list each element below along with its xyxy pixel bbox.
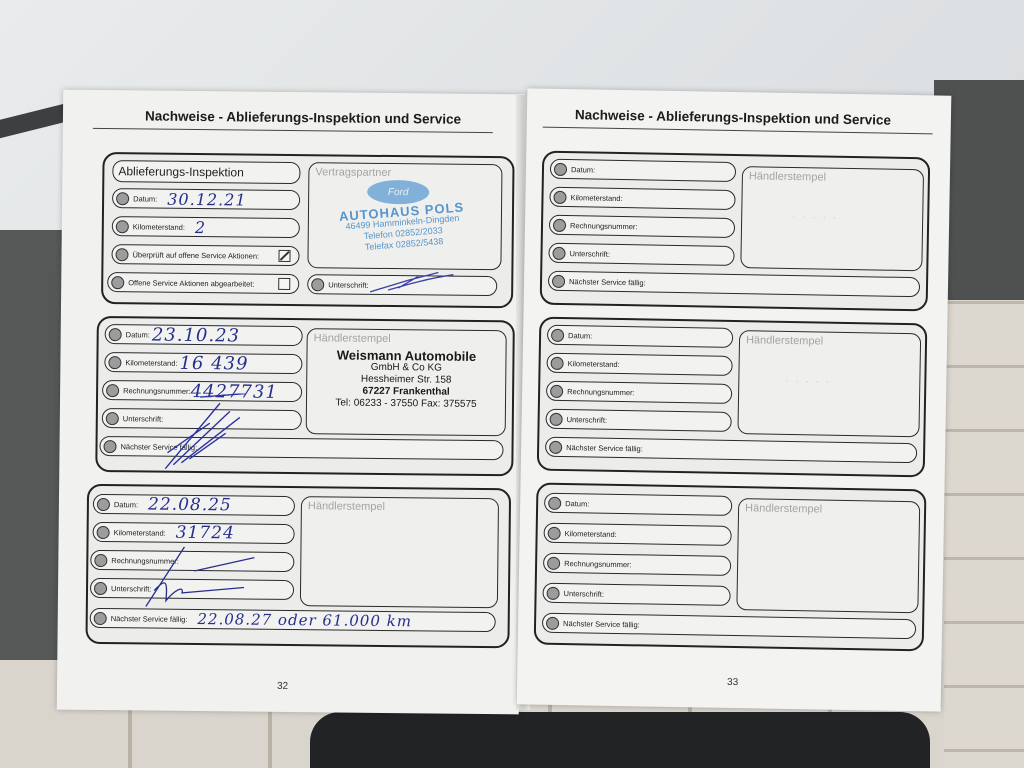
bullet-icon: [550, 384, 563, 397]
service-entry-block: Datum: Kilometerstand: Rechnungsnummer: …: [534, 483, 927, 652]
page-title: Nachweise - Ablieferungs-Inspektion und …: [145, 108, 461, 126]
dealer-stamp: Weismann Automobile GmbH & Co KG Hesshei…: [307, 349, 506, 411]
dealer-stamp-box: Händlerstempel · · · · ·: [737, 330, 921, 437]
bullet-icon: [546, 586, 559, 599]
mileage-field[interactable]: Kilometerstand: 2: [112, 216, 300, 238]
dealer-stamp-box: Händlerstempel · · · · ·: [740, 166, 924, 271]
bullet-icon: [108, 356, 121, 369]
next-service-field[interactable]: Nächster Service fällig:: [542, 613, 916, 640]
date-value: 23.10.23: [152, 324, 240, 346]
bullet-icon: [115, 248, 128, 261]
signature-field[interactable]: Unterschrift:: [545, 409, 731, 432]
date-field[interactable]: Datum: 23.10.23: [105, 324, 303, 346]
ford-logo-icon: Ford: [367, 180, 429, 205]
invoice-field[interactable]: Rechnungsnummer:: [549, 215, 735, 238]
invoice-field[interactable]: Rechnungsnummer:: [546, 381, 732, 404]
date-value: 22.08.25: [148, 495, 232, 516]
mileage-value: 2: [195, 217, 206, 236]
checked-open-actions-checkbox[interactable]: [278, 250, 290, 262]
bleed-through-text: · · · · ·: [792, 212, 838, 224]
bullet-icon: [116, 192, 129, 205]
signature-field[interactable]: Unterschrift:: [307, 274, 497, 296]
bullet-icon: [103, 440, 116, 453]
signature-field[interactable]: Unterschrift:: [548, 243, 734, 266]
date-field[interactable]: Datum: 30.12.21: [112, 188, 300, 210]
dark-fabric: [310, 712, 930, 768]
signature-field[interactable]: Unterschrift:: [542, 583, 730, 606]
dealer-stamp-box: Händlerstempel: [736, 498, 920, 613]
bullet-icon: [94, 553, 107, 566]
mileage-field[interactable]: Kilometerstand:: [543, 523, 731, 546]
dealer-stamp: AUTOHAUS POLS 46499 Hamminkeln-Dingden T…: [321, 200, 484, 256]
date-field[interactable]: Datum:: [547, 325, 733, 348]
signature-scribble-icon: [159, 393, 250, 474]
bullet-icon: [548, 526, 561, 539]
bullet-icon: [94, 581, 107, 594]
open-actions-done-checkbox[interactable]: [278, 278, 290, 290]
bullet-icon: [552, 274, 565, 287]
bullet-icon: [553, 218, 566, 231]
page-number: 32: [277, 681, 288, 692]
service-entry-block: Datum: Kilometerstand: Rechnungsnummer: …: [540, 151, 931, 312]
bullet-icon: [553, 190, 566, 203]
mileage-field[interactable]: Kilometerstand:: [549, 187, 735, 210]
bullet-icon: [106, 384, 119, 397]
signature-scribble-icon: [144, 540, 265, 611]
bullet-icon: [116, 220, 129, 233]
service-entry-block: Datum: Kilometerstand: Rechnungsnummer: …: [537, 317, 928, 478]
bullet-icon: [554, 162, 567, 175]
mileage-value: 16 439: [179, 352, 248, 374]
booklet-page-right: Nachweise - Ablieferungs-Inspektion und …: [517, 88, 952, 711]
next-service-field[interactable]: Nächster Service fällig: 22.08.27 oder 6…: [90, 608, 496, 632]
bullet-icon: [106, 412, 119, 425]
bullet-icon: [97, 525, 110, 538]
page-title: Nachweise - Ablieferungs-Inspektion und …: [575, 107, 891, 128]
date-field[interactable]: Datum: 22.08.25: [93, 494, 295, 516]
bullet-icon: [552, 246, 565, 259]
bullet-icon: [549, 440, 562, 453]
bullet-icon: [109, 328, 122, 341]
header-divider: [543, 127, 933, 135]
delivery-inspection-title: Ablieferungs-Inspektion: [112, 160, 300, 184]
checked-open-actions-field[interactable]: Überprüft auf offene Service Aktionen:: [111, 244, 299, 266]
bullet-icon: [97, 497, 110, 510]
mileage-field[interactable]: Kilometerstand: 16 439: [104, 352, 302, 374]
header-divider: [93, 128, 493, 133]
date-field[interactable]: Datum:: [544, 493, 732, 516]
date-field[interactable]: Datum:: [550, 159, 736, 182]
next-service-field[interactable]: Nächster Service fällig:: [545, 437, 917, 463]
bullet-icon: [550, 412, 563, 425]
service-entry-block: Datum: 23.10.23 Kilometerstand: 16 439 R…: [95, 316, 515, 476]
floor-tiles-right: [944, 300, 1024, 768]
date-value: 30.12.21: [167, 189, 246, 209]
booklet-page-left: Nachweise - Ablieferungs-Inspektion und …: [57, 90, 525, 715]
bullet-icon: [94, 611, 107, 624]
bullet-icon: [546, 616, 559, 629]
open-actions-done-field[interactable]: Offene Service Aktionen abgearbeitet:: [107, 272, 299, 294]
mileage-field[interactable]: Kilometerstand:: [546, 353, 732, 376]
invoice-field[interactable]: Rechnungsnummer:: [543, 553, 731, 576]
dealer-stamp-box: Händlerstempel: [300, 496, 499, 608]
bullet-icon: [547, 556, 560, 569]
next-service-value: 22.08.27 oder 61.000 km: [197, 610, 412, 630]
bleed-through-text: · · · · ·: [785, 376, 831, 388]
bullet-icon: [111, 276, 124, 289]
delivery-inspection-block: Ablieferungs-Inspektion Datum: 30.12.21 …: [101, 152, 515, 308]
bullet-icon: [551, 356, 564, 369]
bullet-icon: [548, 496, 561, 509]
bullet-icon: [551, 328, 564, 341]
bullet-icon: [311, 278, 324, 291]
partner-stamp-box: Vertragspartner Ford AUTOHAUS POLS 46499…: [307, 162, 502, 270]
signature-scribble-icon: [368, 270, 458, 295]
next-service-field[interactable]: Nächster Service fällig:: [548, 271, 920, 297]
service-entry-block: Datum: 22.08.25 Kilometerstand: 31724 Re…: [85, 484, 511, 648]
dealer-stamp-box: Händlerstempel Weismann Automobile GmbH …: [306, 328, 507, 436]
page-number: 33: [727, 677, 738, 688]
